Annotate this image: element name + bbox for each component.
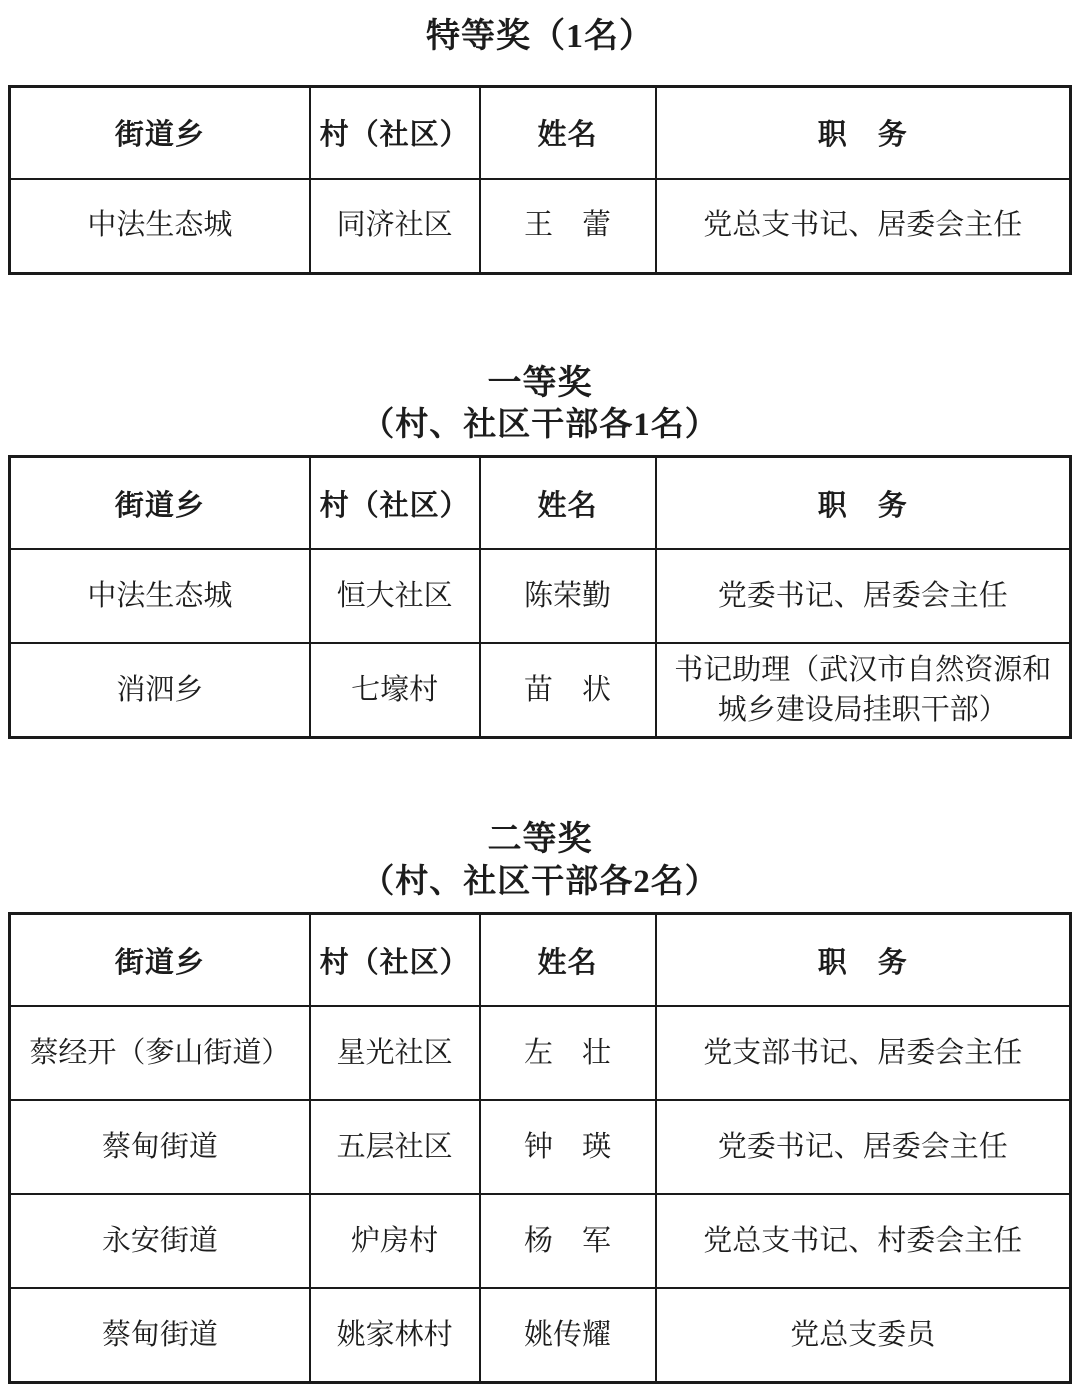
table-row: 中法生态城 恒大社区 陈荣勤 党委书记、居委会主任 — [10, 549, 1071, 643]
header-row: 街道乡 村（社区） 姓名 职 务 — [10, 914, 1071, 1007]
column-header-street: 街道乡 — [10, 914, 310, 1007]
section-title: 特等奖（1名） — [8, 16, 1072, 59]
cell-street: 蔡甸街道 — [10, 1288, 310, 1383]
column-header-position: 职 务 — [656, 457, 1071, 550]
column-header-name: 姓名 — [480, 86, 656, 179]
section-title: 二等奖 — [8, 819, 1072, 862]
award-table-special: 街道乡 村（社区） 姓名 职 务 中法生态城 同济社区 王 蕾 党总支书记、居委… — [8, 85, 1072, 275]
cell-street: 蔡经开（奓山街道） — [10, 1006, 310, 1100]
column-header-name: 姓名 — [480, 457, 656, 550]
cell-village: 炉房村 — [310, 1194, 480, 1288]
cell-position: 党总支书记、居委会主任 — [656, 179, 1071, 274]
cell-village: 恒大社区 — [310, 549, 480, 643]
table-row: 蔡甸街道 姚家林村 姚传耀 党总支委员 — [10, 1288, 1071, 1383]
table-row: 蔡经开（奓山街道） 星光社区 左 壮 党支部书记、居委会主任 — [10, 1006, 1071, 1100]
header-row: 街道乡 村（社区） 姓名 职 务 — [10, 86, 1071, 179]
table-row: 永安街道 炉房村 杨 军 党总支书记、村委会主任 — [10, 1194, 1071, 1288]
cell-street: 永安街道 — [10, 1194, 310, 1288]
column-header-street: 街道乡 — [10, 457, 310, 550]
cell-village: 七壕村 — [310, 643, 480, 738]
cell-street: 消泗乡 — [10, 643, 310, 738]
section-subtitle: （村、社区干部各1名） — [8, 405, 1072, 446]
column-header-village: 村（社区） — [310, 914, 480, 1007]
section-title: 一等奖 — [8, 363, 1072, 406]
award-section-special: 特等奖（1名） 街道乡 村（社区） 姓名 职 务 中法生态城 同济社区 王 蕾 … — [8, 16, 1072, 275]
cell-position: 党委书记、居委会主任 — [656, 1100, 1071, 1194]
table-row: 消泗乡 七壕村 苗 状 书记助理（武汉市自然资源和城乡建设局挂职干部） — [10, 643, 1071, 738]
cell-position: 党支部书记、居委会主任 — [656, 1006, 1071, 1100]
table-row: 中法生态城 同济社区 王 蕾 党总支书记、居委会主任 — [10, 179, 1071, 274]
cell-position: 党委书记、居委会主任 — [656, 549, 1071, 643]
cell-position: 书记助理（武汉市自然资源和城乡建设局挂职干部） — [656, 643, 1071, 738]
cell-name: 苗 状 — [480, 643, 656, 738]
cell-street: 蔡甸街道 — [10, 1100, 310, 1194]
table-row: 蔡甸街道 五层社区 钟 瑛 党委书记、居委会主任 — [10, 1100, 1071, 1194]
cell-name: 陈荣勤 — [480, 549, 656, 643]
column-header-position: 职 务 — [656, 86, 1071, 179]
award-section-first: 一等奖 （村、社区干部各1名） 街道乡 村（社区） 姓名 职 务 中法生态城 恒… — [8, 363, 1072, 740]
cell-village: 姚家林村 — [310, 1288, 480, 1383]
cell-name: 杨 军 — [480, 1194, 656, 1288]
cell-village: 同济社区 — [310, 179, 480, 274]
column-header-street: 街道乡 — [10, 86, 310, 179]
cell-street: 中法生态城 — [10, 549, 310, 643]
cell-name: 王 蕾 — [480, 179, 656, 274]
column-header-position: 职 务 — [656, 914, 1071, 1007]
section-subtitle: （村、社区干部各2名） — [8, 862, 1072, 903]
header-row: 街道乡 村（社区） 姓名 职 务 — [10, 457, 1071, 550]
cell-street: 中法生态城 — [10, 179, 310, 274]
award-table-first: 街道乡 村（社区） 姓名 职 务 中法生态城 恒大社区 陈荣勤 党委书记、居委会… — [8, 455, 1072, 739]
award-section-second: 二等奖 （村、社区干部各2名） 街道乡 村（社区） 姓名 职 务 蔡经开（奓山街… — [8, 819, 1072, 1384]
cell-village: 五层社区 — [310, 1100, 480, 1194]
document-page: 特等奖（1名） 街道乡 村（社区） 姓名 职 务 中法生态城 同济社区 王 蕾 … — [0, 0, 1080, 1396]
column-header-village: 村（社区） — [310, 457, 480, 550]
cell-name: 姚传耀 — [480, 1288, 656, 1383]
cell-village: 星光社区 — [310, 1006, 480, 1100]
cell-position: 党总支书记、村委会主任 — [656, 1194, 1071, 1288]
column-header-name: 姓名 — [480, 914, 656, 1007]
cell-position: 党总支委员 — [656, 1288, 1071, 1383]
award-table-second: 街道乡 村（社区） 姓名 职 务 蔡经开（奓山街道） 星光社区 左 壮 党支部书… — [8, 912, 1072, 1384]
cell-name: 左 壮 — [480, 1006, 656, 1100]
cell-name: 钟 瑛 — [480, 1100, 656, 1194]
column-header-village: 村（社区） — [310, 86, 480, 179]
